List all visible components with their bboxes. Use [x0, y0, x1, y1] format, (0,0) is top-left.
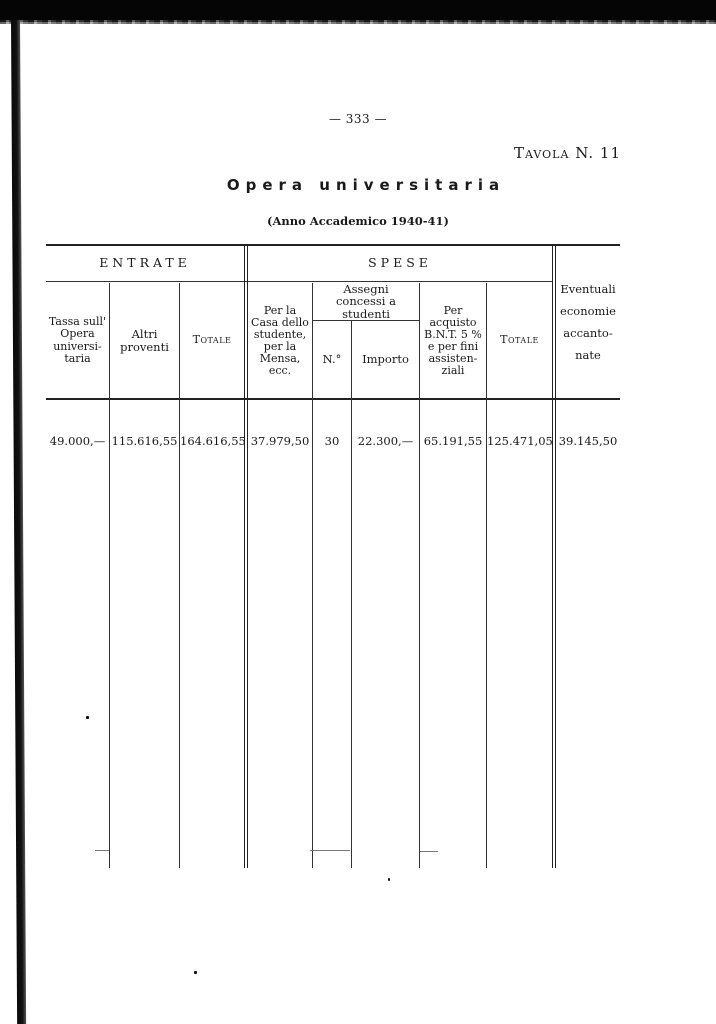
scan-speck	[420, 851, 438, 852]
cell-economie: 39.145,50	[556, 434, 620, 448]
scan-top-edge	[0, 20, 716, 24]
header-bnt: Per acquisto B.N.T. 5 % e per fini assis…	[420, 283, 486, 398]
col-divider	[351, 320, 352, 868]
page-subtitle: (Anno Accademico 1940-41)	[0, 214, 716, 228]
cell-casa-studente: 37.979,50	[248, 434, 312, 448]
group-header-rule	[46, 281, 552, 282]
scan-speck	[95, 850, 109, 851]
scan-dot	[388, 878, 390, 881]
page-binding-edge	[11, 20, 26, 1024]
header-economie: Eventuali economie accanto- nate	[556, 246, 620, 398]
cell-assegni-importo: 22.300,—	[352, 434, 419, 448]
cell-totale-entrate: 164.616,55	[180, 434, 244, 448]
header-totale-entrate: Totale	[180, 283, 244, 398]
scan-speck	[310, 850, 350, 851]
scan-dot	[86, 716, 89, 719]
header-totale-spese: Totale	[487, 283, 552, 398]
header-tassa: Tassa sull' Opera universi- taria	[46, 283, 109, 398]
header-entrate: ENTRATE	[46, 246, 244, 281]
cell-totale-spese: 125.471,05	[487, 434, 552, 448]
cell-assegni-numero: 30	[313, 434, 351, 448]
cell-bnt: 65.191,55	[420, 434, 486, 448]
header-assegni-numero: N.°	[313, 321, 351, 398]
page-number: — 333 —	[0, 112, 716, 126]
header-assegni-group: Assegni concessi a studenti	[313, 283, 419, 320]
header-bottom-rule	[46, 398, 620, 400]
cell-altri-proventi: 115.616,55	[110, 434, 179, 448]
scan-dot	[194, 971, 197, 974]
page-title: Opera universitaria	[0, 176, 716, 194]
cell-tassa: 49.000,—	[46, 434, 109, 448]
header-assegni-importo: Importo	[352, 321, 419, 398]
header-altri-proventi: Altri proventi	[110, 283, 179, 398]
header-casa-studente: Per la Casa dello studente, per la Mensa…	[248, 283, 312, 398]
header-spese: SPESE	[248, 246, 552, 281]
scan-top-border	[0, 0, 716, 22]
table-label: Tavola N. 11	[514, 144, 621, 162]
